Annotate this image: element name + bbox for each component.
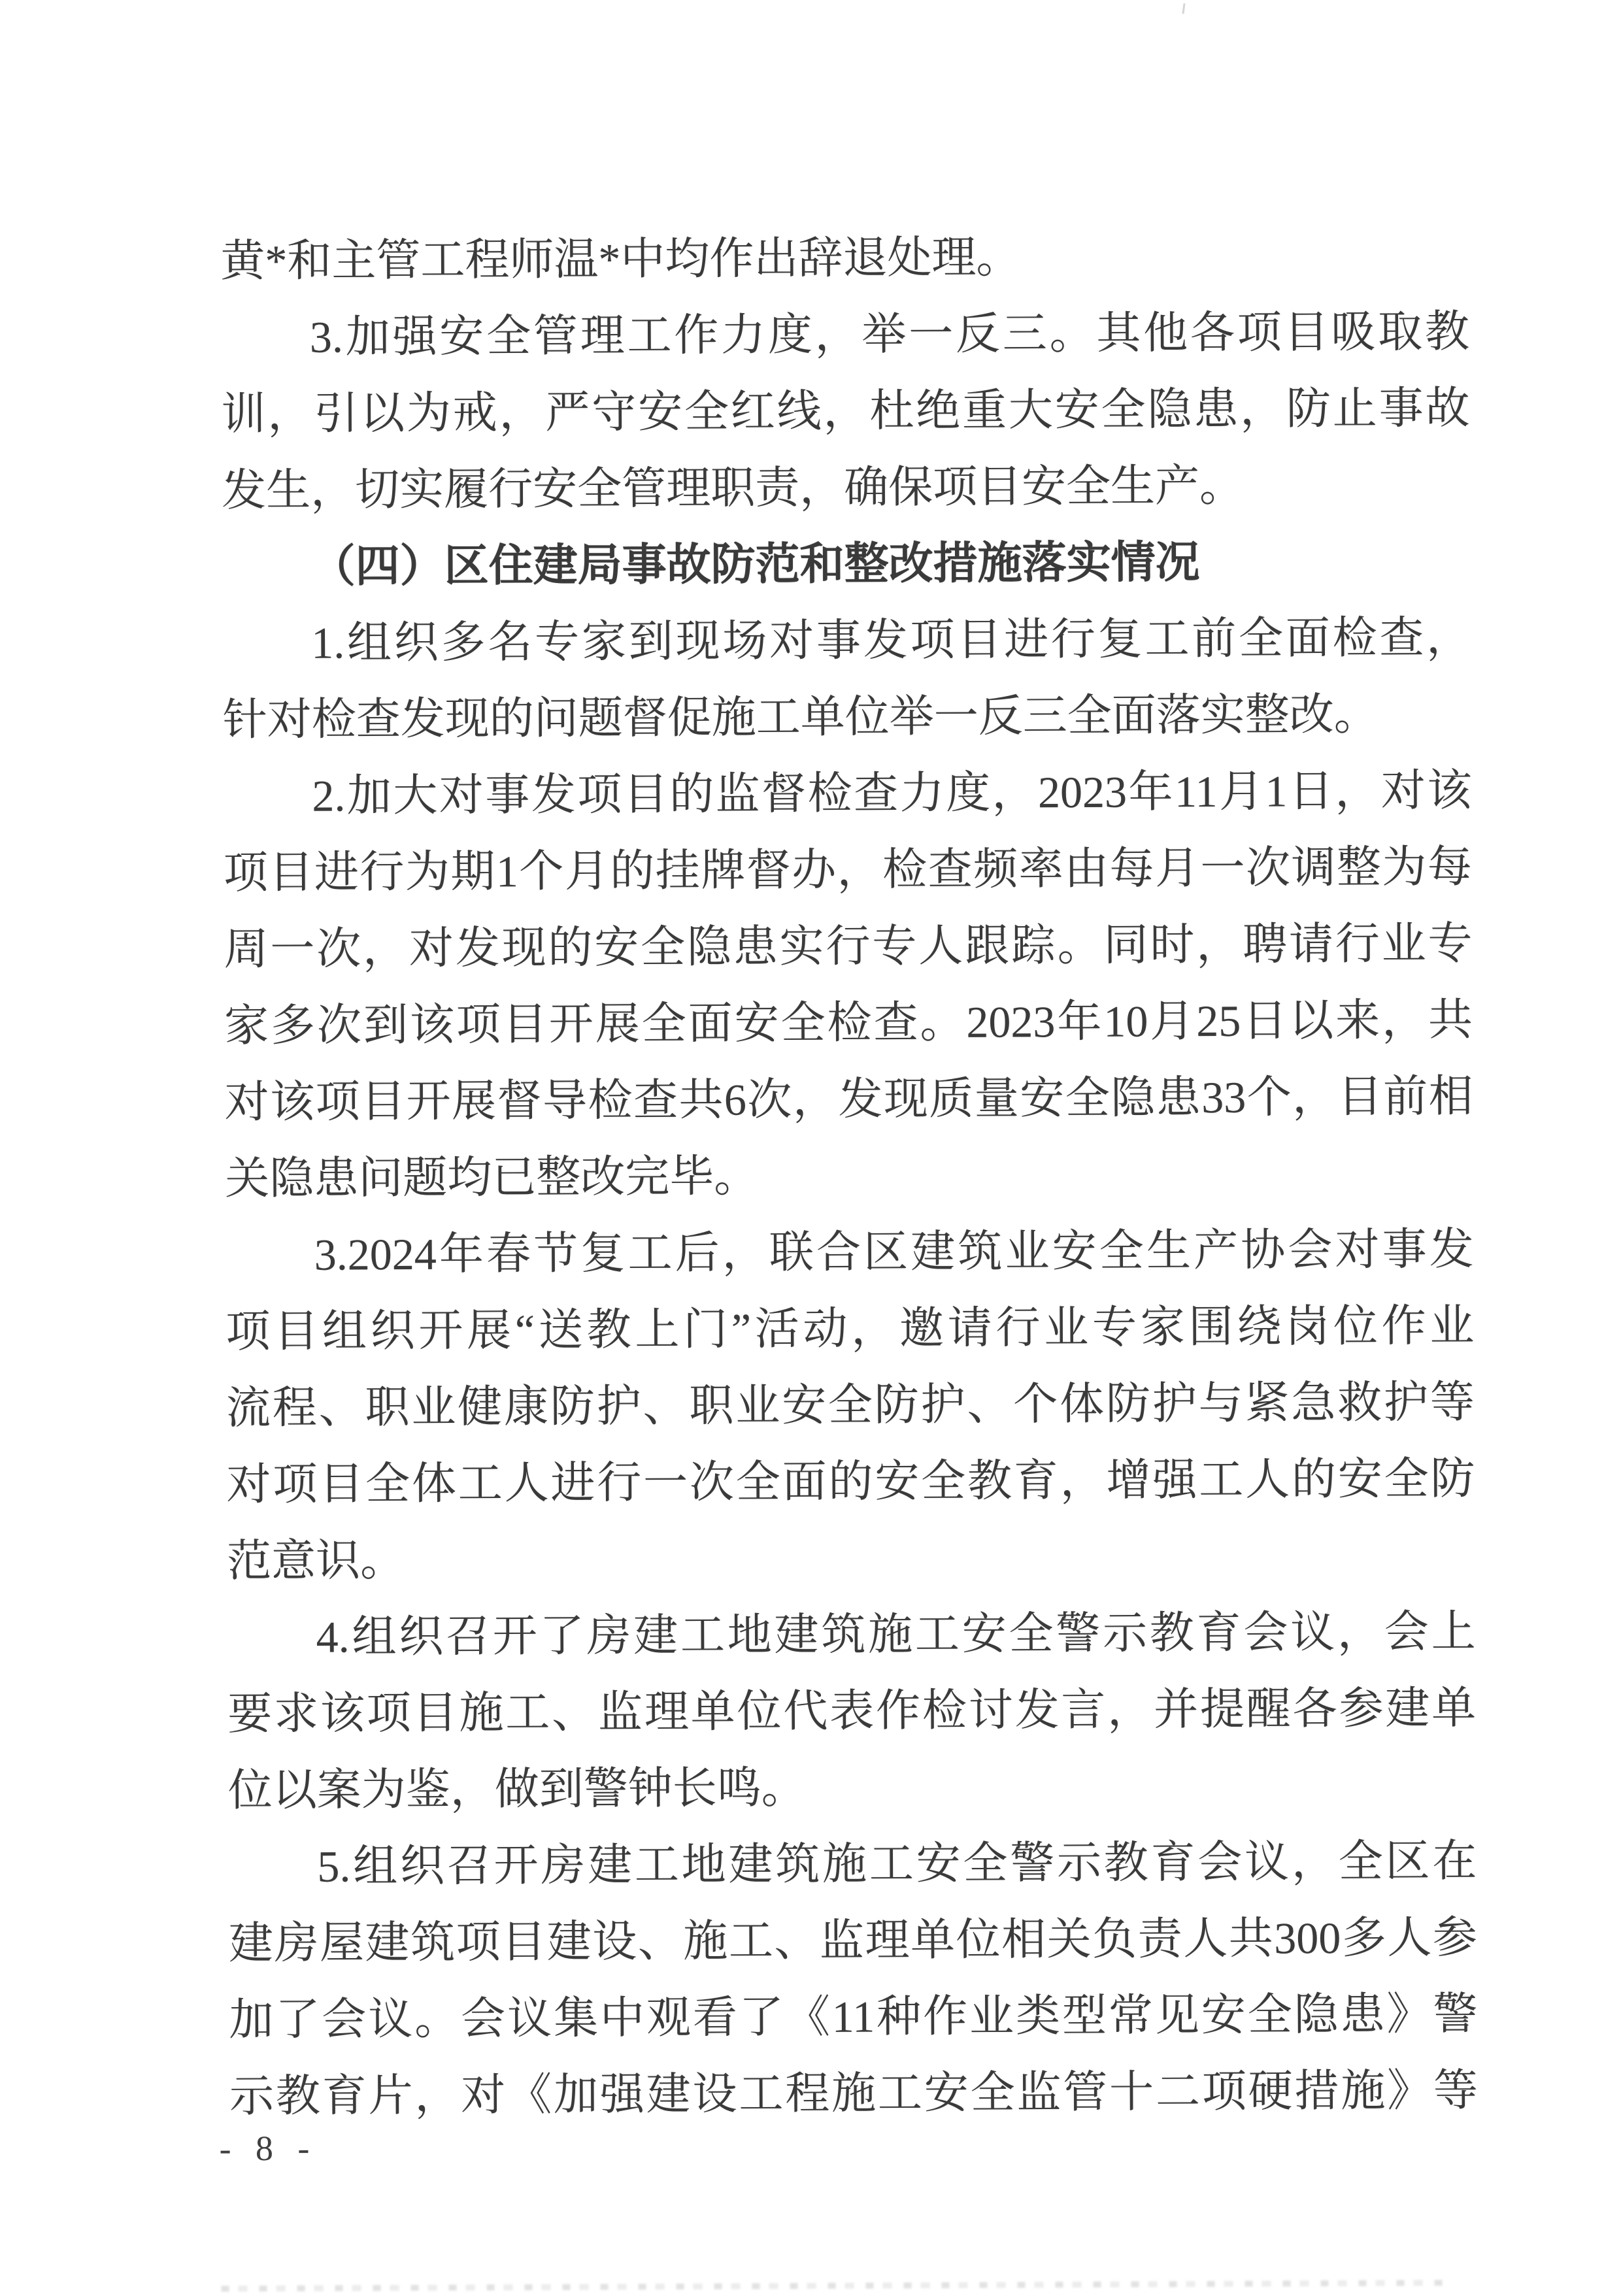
text-line: 建房屋建筑项目建设、施工、监理单位相关负责人共300多人参 — [229, 1899, 1478, 1982]
page-number: - 8 - — [219, 2128, 317, 2169]
text-line: 周一次，对发现的安全隐患实行专人跟踪。同时，聘请行业专 — [224, 905, 1473, 988]
next-page-bleed-edge — [222, 2280, 1450, 2291]
text-line: 项目组织开展“送教上门”活动，邀请行业专家围绕岗位作业 — [226, 1288, 1475, 1370]
text-line: 5.组织召开房建工地建筑施工安全警示教育会议，全区在 — [228, 1823, 1477, 1905]
text-line: 加了会议。会议集中观看了《11种作业类型常见安全隐患》警 — [229, 1976, 1478, 2058]
scan-artifact — [1182, 3, 1185, 14]
text-line: 家多次到该项目开展全面安全检查。2023年10月25日以来，共 — [224, 982, 1473, 1064]
text-line: 黄*和主管工程师温*中均作出辞退处理。 — [220, 217, 1469, 299]
text-line: 训，引以为戒，严守安全红线，杜绝重大安全隐患，防止事故 — [221, 370, 1470, 452]
text-line: 3.2024年春节复工后，联合区建筑业安全生产协会对事发 — [226, 1211, 1475, 1293]
text-line: 2.加大对事发项目的监督检查力度，2023年11月1日，对该 — [223, 752, 1472, 835]
text-line: 项目进行为期1个月的挂牌督办，检查频率由每月一次调整为每 — [224, 829, 1473, 911]
text-line: 发生，切实履行安全管理职责，确保项目安全生产。 — [222, 446, 1471, 529]
text-line: 1.组织多名专家到现场对事发项目进行复工前全面检查， — [222, 599, 1471, 682]
text-line: 针对检查发现的问题督促施工单位举一反三全面落实整改。 — [223, 676, 1472, 758]
text-line: 关隐患问题均已整改完毕。 — [225, 1135, 1474, 1217]
text-line: 范意识。 — [227, 1517, 1476, 1599]
text-line: 3.加强安全管理工作力度，举一反三。其他各项目吸取教 — [221, 293, 1470, 376]
text-line: 流程、职业健康防护、职业安全防护、个体防护与紧急救护等 — [226, 1364, 1475, 1446]
scanned-page: 黄*和主管工程师温*中均作出辞退处理。3.加强安全管理工作力度，举一反三。其他各… — [0, 0, 1621, 2292]
document-body: 黄*和主管工程师温*中均作出辞退处理。3.加强安全管理工作力度，举一反三。其他各… — [220, 217, 1478, 2135]
text-line: 对该项目开展督导检查共6次，发现质量安全隐患33个，目前相 — [224, 1058, 1473, 1140]
text-line: 位以案为鉴，做到警钟长鸣。 — [228, 1746, 1477, 1829]
heading-line: （四）区住建局事故防范和整改措施落实情况 — [222, 523, 1471, 605]
text-line: 4.组织召开了房建工地建筑施工安全警示教育会议，会上 — [227, 1593, 1476, 1676]
text-line: 对项目全体工人进行一次全面的安全教育，增强工人的安全防 — [226, 1440, 1475, 1523]
text-line: 示教育片，对《加强建设工程施工安全监管十二项硬措施》等 — [229, 2052, 1479, 2135]
text-line: 要求该项目施工、监理单位代表作检讨发言，并提醒各参建单 — [227, 1670, 1477, 1752]
